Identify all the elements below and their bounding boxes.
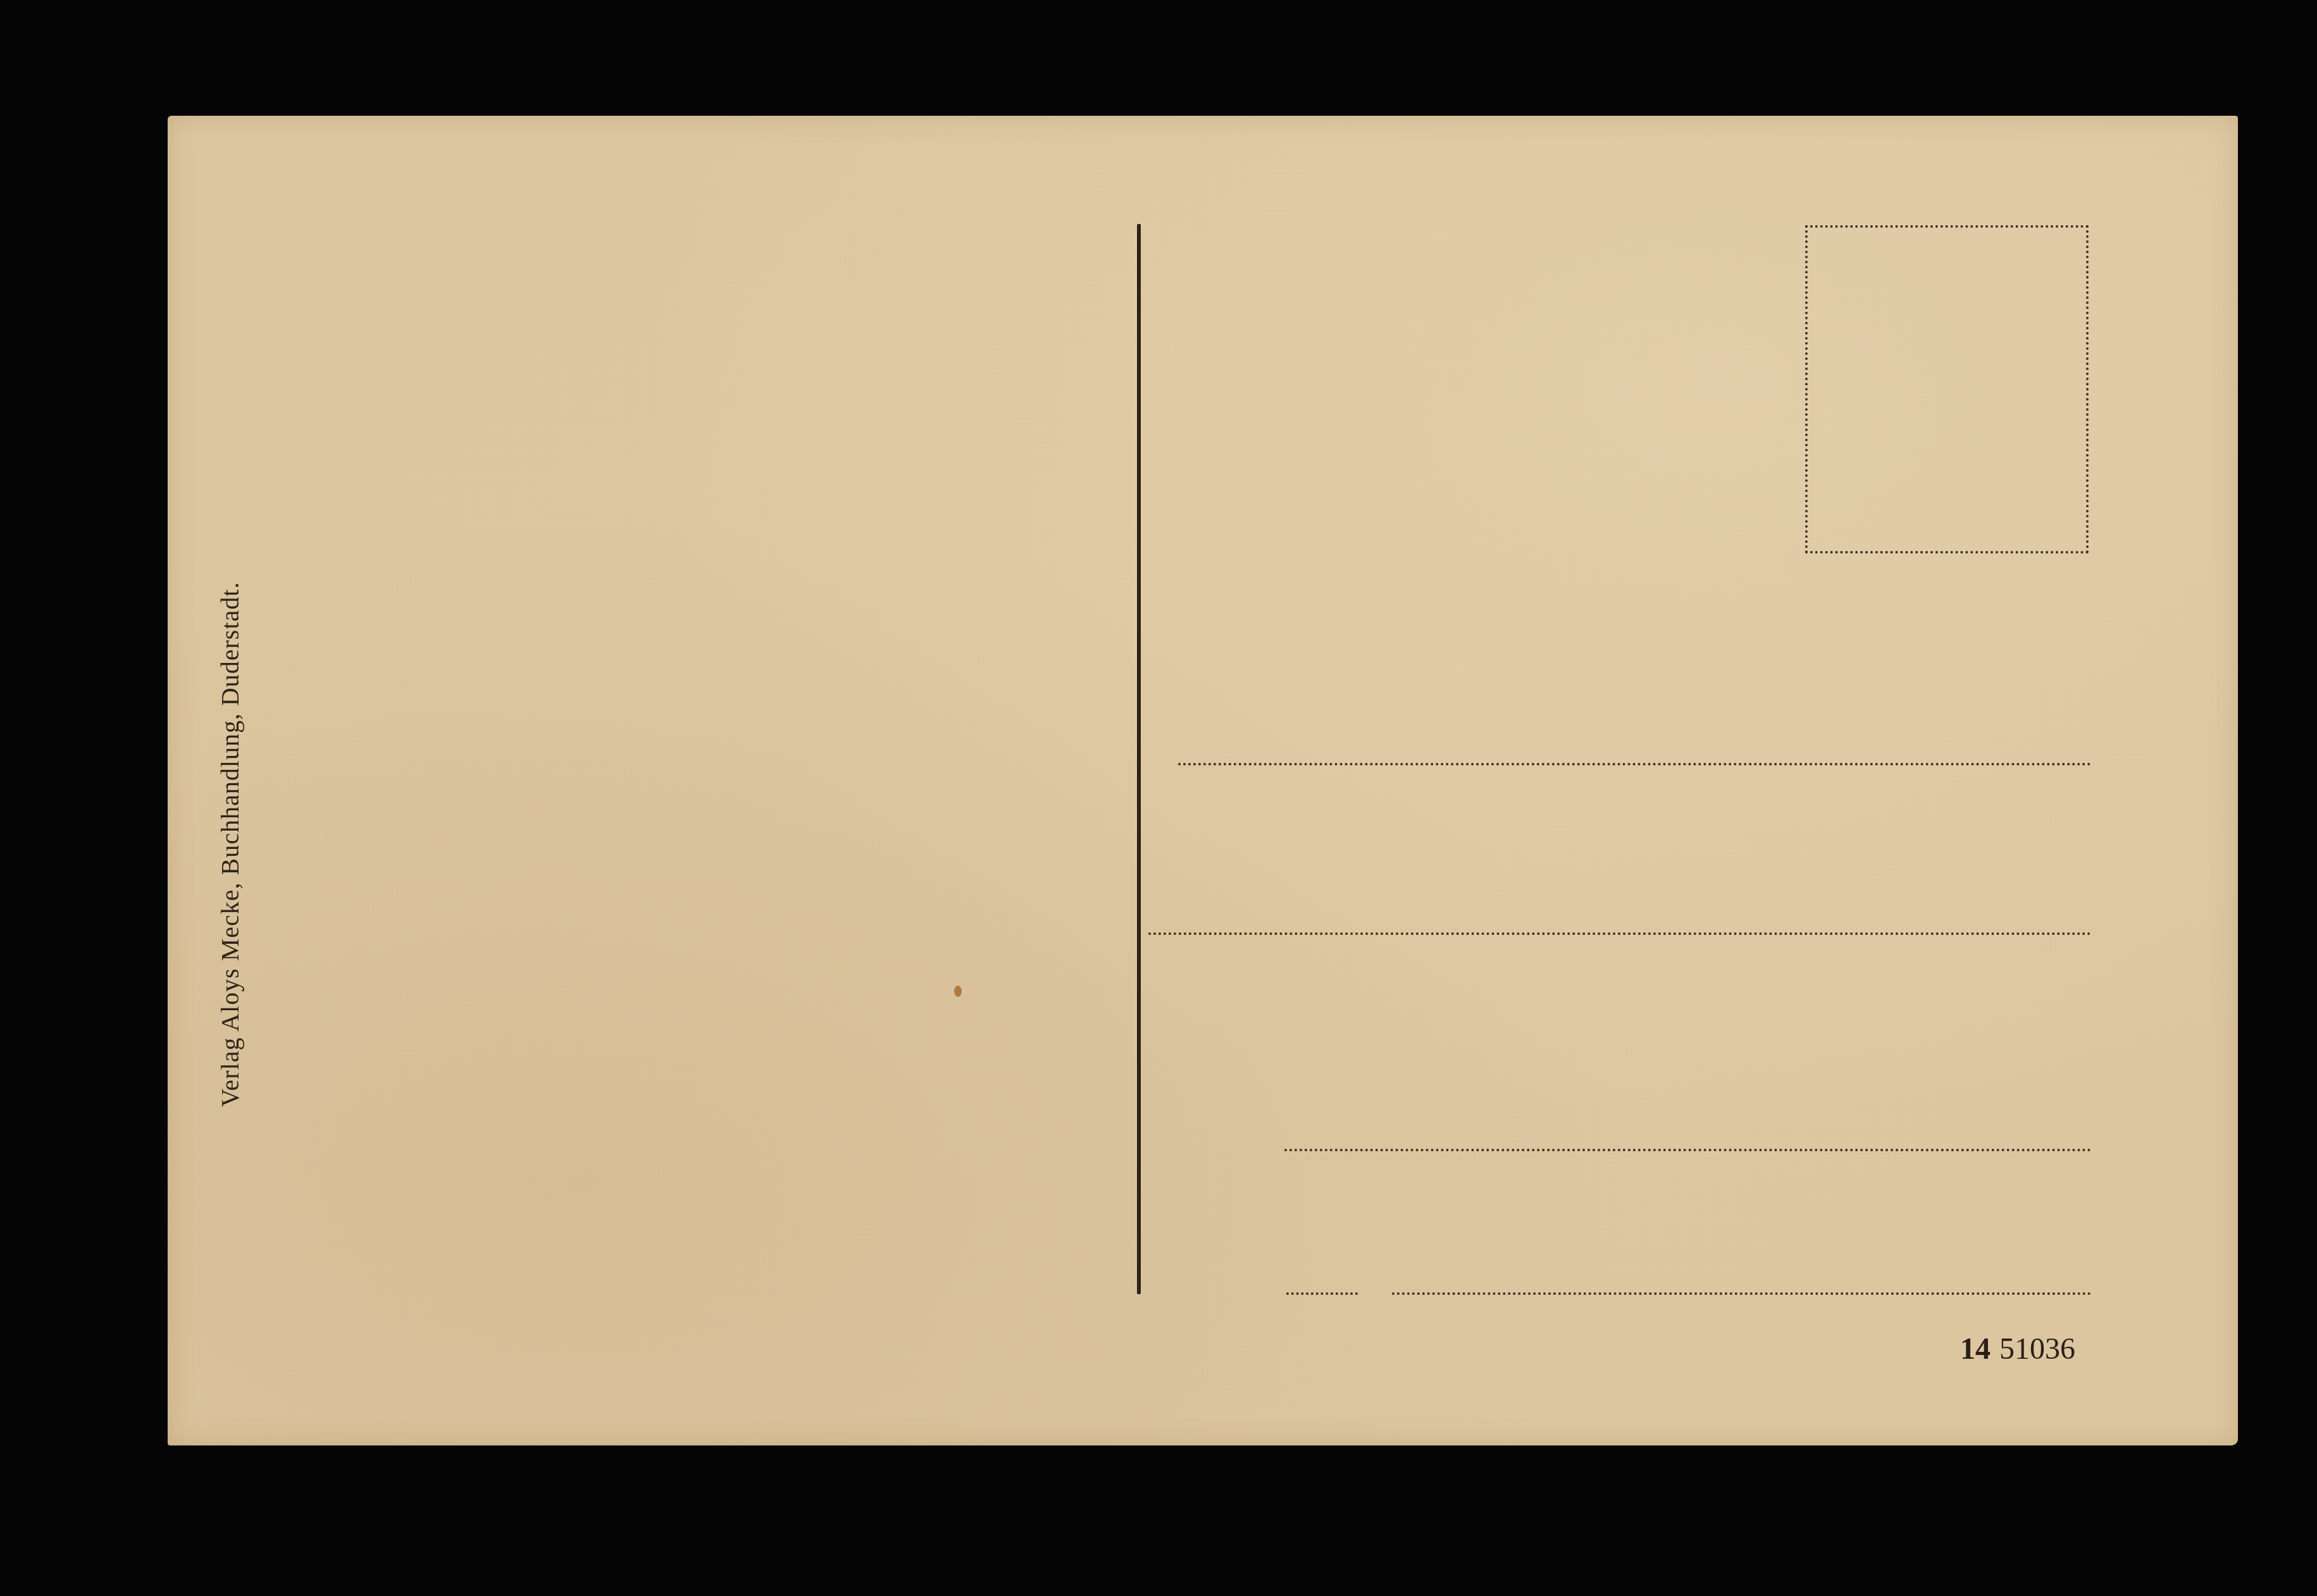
- stamp-placement-box: [1805, 225, 2089, 554]
- serial-number: 1451036: [1960, 1332, 2075, 1366]
- address-line-3: [1284, 1149, 2091, 1151]
- address-line-2: [1148, 932, 2091, 935]
- address-line-4-long: [1392, 1292, 2091, 1295]
- address-line-1: [1178, 763, 2091, 765]
- message-address-divider: [1137, 224, 1141, 1294]
- paper-stain: [954, 986, 962, 997]
- serial-series: 14: [1960, 1332, 1991, 1366]
- serial-code: 51036: [1999, 1332, 2075, 1366]
- address-line-4-short: [1286, 1292, 1358, 1295]
- publisher-imprint: Verlag Aloys Mecke, Buchhandlung, Duders…: [215, 582, 245, 1107]
